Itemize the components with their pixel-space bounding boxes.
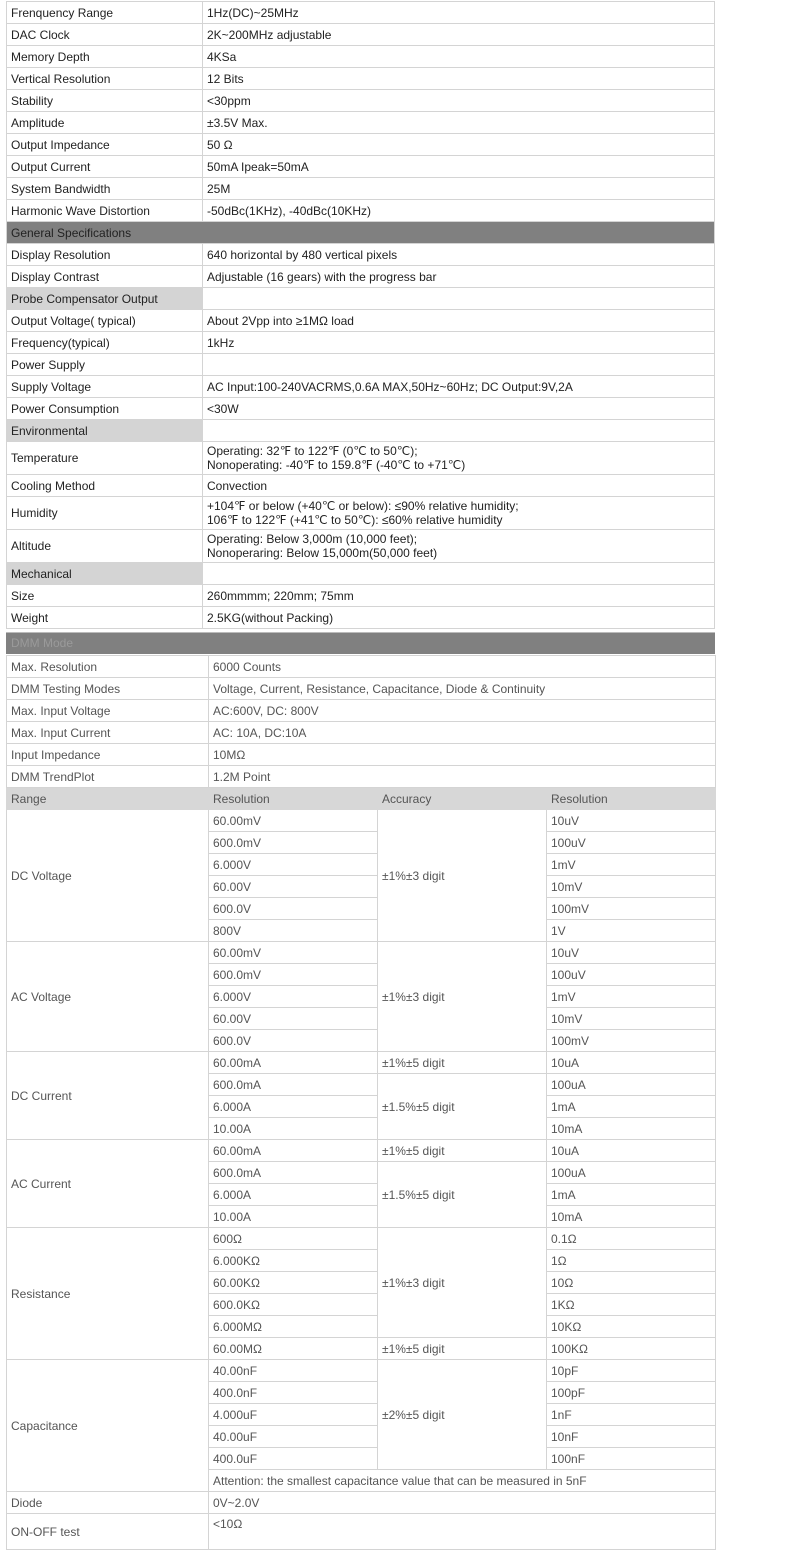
spec-value: AC Input:100-240VACRMS,0.6A MAX,50Hz~60H… — [203, 376, 715, 398]
range-value: 60.00V — [209, 1008, 378, 1030]
accuracy-value: ±1%±5 digit — [378, 1052, 547, 1074]
spec-value: Operating: Below 3,000m (10,000 feet);No… — [203, 530, 715, 563]
range-row: AC Current60.00mA±1%±5 digit10uA — [7, 1140, 716, 1162]
accuracy-value: ±1%±3 digit — [378, 1228, 547, 1338]
range-value: 400.0uF — [209, 1448, 378, 1470]
resolution-value: 1mA — [547, 1184, 716, 1206]
spec-label: Frenquency Range — [7, 2, 203, 24]
subsection-header-probe: Probe Compensator Output — [7, 288, 715, 310]
resolution-value: 100uV — [547, 964, 716, 986]
subsection-header-mechanical: Mechanical — [7, 563, 715, 585]
range-group-label: AC Current — [7, 1140, 209, 1228]
specifications-table: Frenquency Range1Hz(DC)~25MHz DAC Clock2… — [6, 1, 715, 629]
resolution-value: 1mV — [547, 854, 716, 876]
range-group-label: Resistance — [7, 1228, 209, 1360]
spec-label: Supply Voltage — [7, 376, 203, 398]
accuracy-value: ±1%±3 digit — [378, 810, 547, 942]
spec-label: DMM TrendPlot — [7, 766, 209, 788]
range-value: 6.000V — [209, 986, 378, 1008]
spec-label: Diode — [7, 1492, 209, 1514]
range-value: 800V — [209, 920, 378, 942]
resolution-value: 10mV — [547, 1008, 716, 1030]
spec-label: Altitude — [7, 530, 203, 563]
spec-row: Weight2.5KG(without Packing) — [7, 607, 715, 629]
range-value: 600.0KΩ — [209, 1294, 378, 1316]
dmm-row: DMM TrendPlot1.2M Point — [7, 766, 716, 788]
range-value: 600.0V — [209, 1030, 378, 1052]
spec-label: Display Resolution — [7, 244, 203, 266]
subsection-header-environmental: Environmental — [7, 420, 715, 442]
spec-row: Output Current50mA Ipeak=50mA — [7, 156, 715, 178]
spec-value: 1kHz — [203, 332, 715, 354]
resolution-value: 100mV — [547, 898, 716, 920]
resolution-value: 100uA — [547, 1162, 716, 1184]
spec-row: AltitudeOperating: Below 3,000m (10,000 … — [7, 530, 715, 563]
spec-value: About 2Vpp into ≥1MΩ load — [203, 310, 715, 332]
range-value: 60.00MΩ — [209, 1338, 378, 1360]
spec-value: 1.2M Point — [209, 766, 716, 788]
spec-value: AC: 10A, DC:10A — [209, 722, 716, 744]
range-value: 40.00uF — [209, 1426, 378, 1448]
spec-value: <10Ω — [209, 1514, 716, 1550]
resolution-value: 10uV — [547, 810, 716, 832]
range-value: 60.00mV — [209, 942, 378, 964]
spec-row: Display Resolution640 horizontal by 480 … — [7, 244, 715, 266]
spec-row: Output Impedance50 Ω — [7, 134, 715, 156]
range-value: 600.0mV — [209, 832, 378, 854]
accuracy-value: ±1.5%±5 digit — [378, 1074, 547, 1140]
spec-row: Vertical Resolution12 Bits — [7, 68, 715, 90]
capacitance-note: Attention: the smallest capacitance valu… — [209, 1470, 716, 1492]
resolution-value: 100KΩ — [547, 1338, 716, 1360]
spec-row: System Bandwidth25M — [7, 178, 715, 200]
resolution-value: 10mA — [547, 1206, 716, 1228]
spec-label: Memory Depth — [7, 46, 203, 68]
spec-value: 260mmmm; 220mm; 75mm — [203, 585, 715, 607]
resolution-value: 10nF — [547, 1426, 716, 1448]
resolution-value: 10Ω — [547, 1272, 716, 1294]
subsection-header-power: Power Supply — [7, 354, 715, 376]
resolution-value: 10uV — [547, 942, 716, 964]
accuracy-value: ±2%±5 digit — [378, 1360, 547, 1470]
range-group-label: AC Voltage — [7, 942, 209, 1052]
accuracy-value: ±1%±3 digit — [378, 942, 547, 1052]
spec-label: Stability — [7, 90, 203, 112]
range-value: 600.0mV — [209, 964, 378, 986]
spec-row: DAC Clock2K~200MHz adjustable — [7, 24, 715, 46]
resolution-value: 100pF — [547, 1382, 716, 1404]
dmm-row: Max. Resolution6000 Counts — [7, 656, 716, 678]
spec-value: Operating: 32℉ to 122℉ (0℃ to 50℃);Nonop… — [203, 442, 715, 475]
range-value: 60.00mV — [209, 810, 378, 832]
spec-label: Output Current — [7, 156, 203, 178]
column-header-accuracy: Accuracy — [378, 788, 547, 810]
spec-row: Memory Depth4KSa — [7, 46, 715, 68]
spec-row: Stability<30ppm — [7, 90, 715, 112]
resolution-value: 10mA — [547, 1118, 716, 1140]
range-row: DC Voltage60.00mV±1%±3 digit10uV — [7, 810, 716, 832]
spec-label: Input Impedance — [7, 744, 209, 766]
range-value: 10.00A — [209, 1118, 378, 1140]
spec-value: <30ppm — [203, 90, 715, 112]
resolution-value: 100uA — [547, 1074, 716, 1096]
resolution-value: 10uA — [547, 1052, 716, 1074]
range-group-label: DC Current — [7, 1052, 209, 1140]
spec-value: 2K~200MHz adjustable — [203, 24, 715, 46]
range-value: 40.00nF — [209, 1360, 378, 1382]
resolution-value: 100uV — [547, 832, 716, 854]
spec-label: DAC Clock — [7, 24, 203, 46]
spec-label: Output Voltage( typical) — [7, 310, 203, 332]
resolution-value: 10uA — [547, 1140, 716, 1162]
spec-label: System Bandwidth — [7, 178, 203, 200]
range-value: 6.000V — [209, 854, 378, 876]
spec-value: 25M — [203, 178, 715, 200]
range-value: 400.0nF — [209, 1382, 378, 1404]
spec-label: Humidity — [7, 497, 203, 530]
spec-label: Vertical Resolution — [7, 68, 203, 90]
spec-value: 640 horizontal by 480 vertical pixels — [203, 244, 715, 266]
section-header-general: General Specifications — [7, 222, 715, 244]
spec-value: 50 Ω — [203, 134, 715, 156]
dmm-row: Input Impedance10MΩ — [7, 744, 716, 766]
range-value: 600.0mA — [209, 1074, 378, 1096]
spec-value: AC:600V, DC: 800V — [209, 700, 716, 722]
spec-row: Size260mmmm; 220mm; 75mm — [7, 585, 715, 607]
spec-label: Weight — [7, 607, 203, 629]
spec-value: Adjustable (16 gears) with the progress … — [203, 266, 715, 288]
resolution-value: 1Ω — [547, 1250, 716, 1272]
spec-label: DMM Testing Modes — [7, 678, 209, 700]
range-group-label: Capacitance — [7, 1360, 209, 1492]
spec-row: Cooling MethodConvection — [7, 475, 715, 497]
spec-value: 10MΩ — [209, 744, 716, 766]
accuracy-value: ±1%±5 digit — [378, 1338, 547, 1360]
spec-value: 6000 Counts — [209, 656, 716, 678]
spec-value: ±3.5V Max. — [203, 112, 715, 134]
dmm-row: Diode0V~2.0V — [7, 1492, 716, 1514]
range-value: 6.000A — [209, 1096, 378, 1118]
section-header-dmm-mode: DMM Mode — [6, 632, 715, 654]
range-row: Resistance600Ω±1%±3 digit0.1Ω — [7, 1228, 716, 1250]
range-value: 600Ω — [209, 1228, 378, 1250]
spec-label: Power Consumption — [7, 398, 203, 420]
resolution-value: 10pF — [547, 1360, 716, 1382]
dmm-table: Max. Resolution6000 Counts DMM Testing M… — [6, 655, 716, 1550]
spec-row: Supply VoltageAC Input:100-240VACRMS,0.6… — [7, 376, 715, 398]
spec-row: Power Consumption<30W — [7, 398, 715, 420]
range-value: 6.000MΩ — [209, 1316, 378, 1338]
spec-label: Max. Input Current — [7, 722, 209, 744]
range-group-label: DC Voltage — [7, 810, 209, 942]
resolution-value: 1nF — [547, 1404, 716, 1426]
range-value: 6.000A — [209, 1184, 378, 1206]
dmm-row: ON-OFF test<10Ω — [7, 1514, 716, 1550]
column-header-range: Range — [7, 788, 209, 810]
spec-label: Harmonic Wave Distortion — [7, 200, 203, 222]
spec-row: TemperatureOperating: 32℉ to 122℉ (0℃ to… — [7, 442, 715, 475]
range-header-row: Range Resolution Accuracy Resolution — [7, 788, 716, 810]
subsection-title: Power Supply — [7, 354, 203, 376]
range-value: 60.00V — [209, 876, 378, 898]
range-value: 60.00mA — [209, 1140, 378, 1162]
range-value: 60.00KΩ — [209, 1272, 378, 1294]
subsection-title: Probe Compensator Output — [7, 288, 203, 310]
range-value: 600.0V — [209, 898, 378, 920]
range-value: 10.00A — [209, 1206, 378, 1228]
spec-row: Output Voltage( typical)About 2Vpp into … — [7, 310, 715, 332]
spec-value: 50mA Ipeak=50mA — [203, 156, 715, 178]
spec-value: 4KSa — [203, 46, 715, 68]
range-row: DC Current60.00mA±1%±5 digit10uA — [7, 1052, 716, 1074]
range-value: 4.000uF — [209, 1404, 378, 1426]
subsection-title: Mechanical — [7, 563, 203, 585]
spec-value: 0V~2.0V — [209, 1492, 716, 1514]
accuracy-value: ±1%±5 digit — [378, 1140, 547, 1162]
spec-label: Amplitude — [7, 112, 203, 134]
accuracy-value: ±1.5%±5 digit — [378, 1162, 547, 1228]
resolution-value: 100mV — [547, 1030, 716, 1052]
spec-value: 2.5KG(without Packing) — [203, 607, 715, 629]
spec-label: ON-OFF test — [7, 1514, 209, 1550]
spec-label: Frequency(typical) — [7, 332, 203, 354]
dmm-row: DMM Testing ModesVoltage, Current, Resis… — [7, 678, 716, 700]
spec-label: Max. Input Voltage — [7, 700, 209, 722]
spec-label: Max. Resolution — [7, 656, 209, 678]
range-value: 6.000KΩ — [209, 1250, 378, 1272]
spec-row: Harmonic Wave Distortion -50dBc(1KHz), -… — [7, 200, 715, 222]
spec-row: Frequency(typical)1kHz — [7, 332, 715, 354]
resolution-value: 0.1Ω — [547, 1228, 716, 1250]
range-row: AC Voltage60.00mV±1%±3 digit10uV — [7, 942, 716, 964]
dmm-row: Max. Input VoltageAC:600V, DC: 800V — [7, 700, 716, 722]
spec-label: Output Impedance — [7, 134, 203, 156]
column-header-resolution: Resolution — [209, 788, 378, 810]
spec-label: Cooling Method — [7, 475, 203, 497]
spec-value: Voltage, Current, Resistance, Capacitanc… — [209, 678, 716, 700]
resolution-value: 100nF — [547, 1448, 716, 1470]
section-title: General Specifications — [7, 222, 715, 244]
section-title: DMM Mode — [11, 636, 73, 650]
spec-row: Display ContrastAdjustable (16 gears) wi… — [7, 266, 715, 288]
spec-value: +104℉ or below (+40℃ or below): ≤90% rel… — [203, 497, 715, 530]
subsection-title: Environmental — [7, 420, 203, 442]
resolution-value: 1mA — [547, 1096, 716, 1118]
range-row: Capacitance40.00nF±2%±5 digit10pF — [7, 1360, 716, 1382]
spec-row: Humidity+104℉ or below (+40℃ or below): … — [7, 497, 715, 530]
resolution-value: 10mV — [547, 876, 716, 898]
resolution-value: 1mV — [547, 986, 716, 1008]
range-value: 60.00mA — [209, 1052, 378, 1074]
spec-label: Temperature — [7, 442, 203, 475]
resolution-value: 1V — [547, 920, 716, 942]
resolution-value: 1KΩ — [547, 1294, 716, 1316]
spec-value: 1Hz(DC)~25MHz — [203, 2, 715, 24]
dmm-row: Max. Input CurrentAC: 10A, DC:10A — [7, 722, 716, 744]
column-header-resolution: Resolution — [547, 788, 716, 810]
spec-label: Size — [7, 585, 203, 607]
spec-value: Convection — [203, 475, 715, 497]
spec-row: Amplitude±3.5V Max. — [7, 112, 715, 134]
spec-value: -50dBc(1KHz), -40dBc(10KHz) — [203, 200, 715, 222]
spec-row: Frenquency Range1Hz(DC)~25MHz — [7, 2, 715, 24]
range-value: 600.0mA — [209, 1162, 378, 1184]
spec-label: Display Contrast — [7, 266, 203, 288]
spec-value: <30W — [203, 398, 715, 420]
spec-value: 12 Bits — [203, 68, 715, 90]
resolution-value: 10KΩ — [547, 1316, 716, 1338]
